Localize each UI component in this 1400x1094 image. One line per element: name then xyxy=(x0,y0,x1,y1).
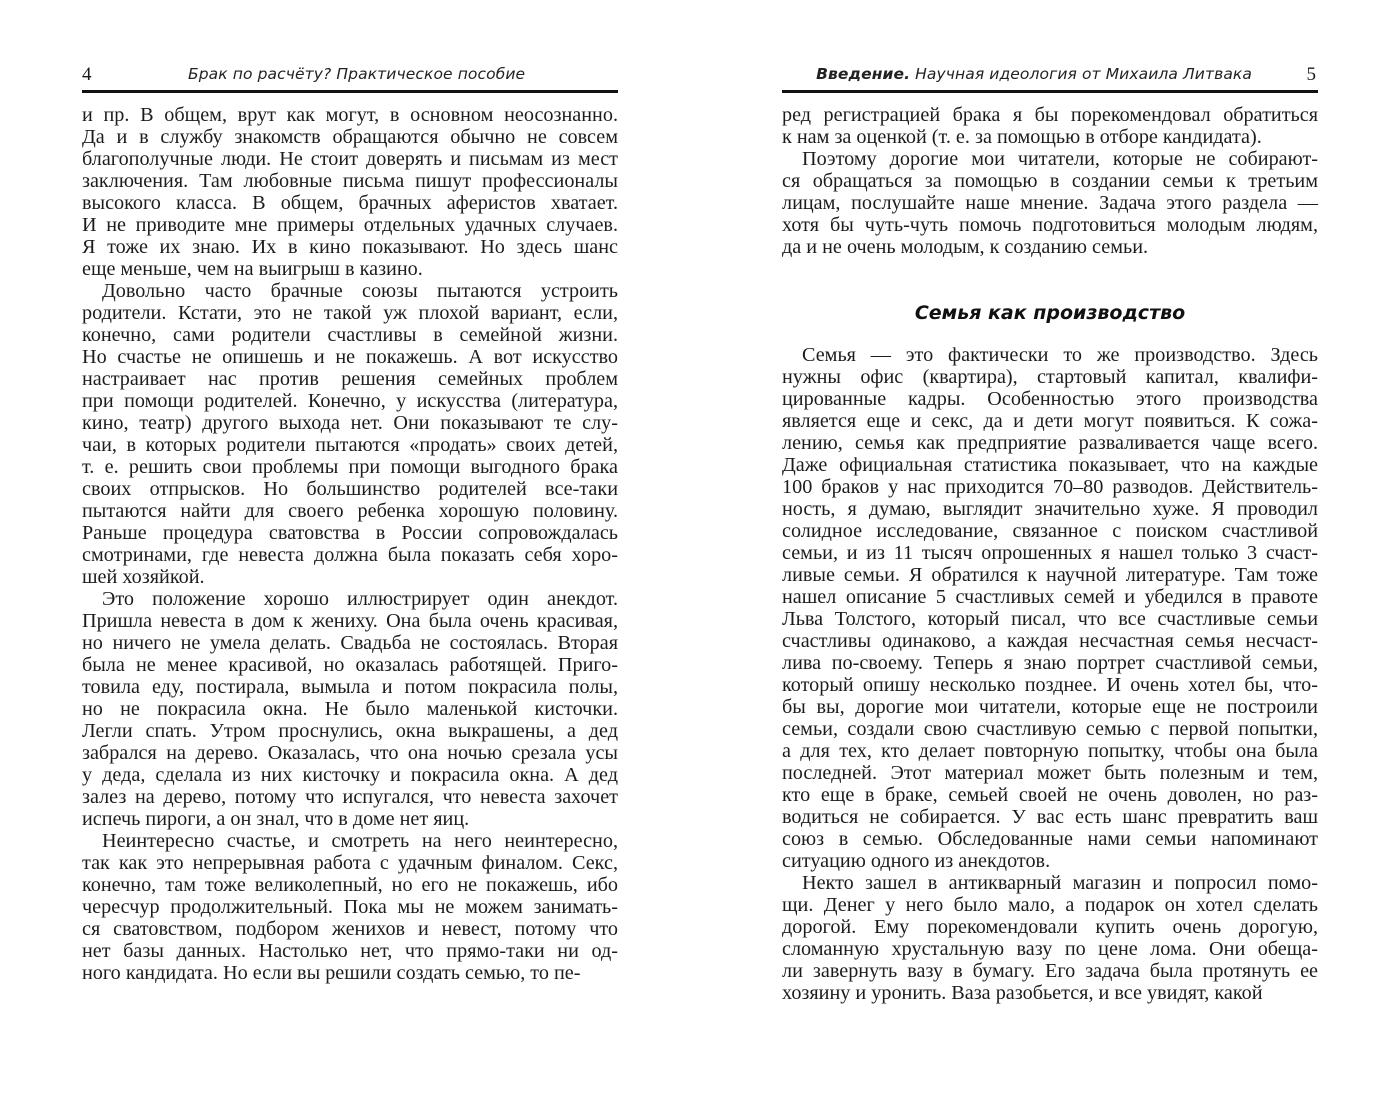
text-line: у деда, сделала из них кисточку и покрас… xyxy=(82,764,618,786)
text-line: Раньше процедура сватовства в России соп… xyxy=(82,522,618,544)
text-line: к нам за оценкой (т. е. за помощью в отб… xyxy=(782,126,1318,148)
text-line: последней. Этот материал может быть поле… xyxy=(782,762,1318,784)
text-line: является еще и секс, да и дети могут поя… xyxy=(782,410,1318,432)
running-title: Брак по расчёту? Практическое пособие xyxy=(188,65,525,83)
page-body: ред регистрацией брака я бы порекомендов… xyxy=(782,104,1318,1004)
text-line: счастливы одинаково, а каждая несчастная… xyxy=(782,630,1318,652)
section-spacer xyxy=(782,258,1318,300)
text-line: лицам, послушайте наше мнение. Задача эт… xyxy=(782,192,1318,214)
text-line: Даже официальная статистика показывает, … xyxy=(782,454,1318,476)
text-line: цированные кадры. Особенностью этого про… xyxy=(782,388,1318,410)
text-line: шей хозяйкой. xyxy=(82,566,618,588)
text-line: лива по-своему. Теперь я знаю портрет сч… xyxy=(782,652,1318,674)
text-line: благополучные люди. Не стоит доверять и … xyxy=(82,148,618,170)
running-title-chapter: Введение. xyxy=(816,65,910,83)
text-line: И не приводите мне примеры отдельных уда… xyxy=(82,214,618,236)
text-line: Легли спать. Утром проснулись, окна выкр… xyxy=(82,720,618,742)
paragraph-first-line: Некто зашел в антикварный магазин и попр… xyxy=(782,872,1318,894)
paragraph-first-line: Неинтересно счастье, и смотреть на него … xyxy=(82,830,618,852)
page-body: и пр. В общем, врут как могут, в основно… xyxy=(82,104,618,984)
paragraph-first-line: Это положение хорошо иллюстрирует один а… xyxy=(82,588,618,610)
text-line: нет базы данных. Настолько нет, что прям… xyxy=(82,940,618,962)
text-line: союз в семью. Обследованные нами семьи н… xyxy=(782,828,1318,850)
paragraph-first-line: Семья — это фактически то же производств… xyxy=(782,344,1318,366)
text-line: ность, я думаю, выглядит значительно хуж… xyxy=(782,498,1318,520)
paragraph-first-line: Довольно часто брачные союзы пытаются ус… xyxy=(82,280,618,302)
page-number: 5 xyxy=(1307,64,1317,86)
text-line: конечно, там тоже великолепный, но его н… xyxy=(82,874,618,896)
text-line: водиться не собирается. У вас есть шанс … xyxy=(782,806,1318,828)
text-line: еще меньше, чем на выигрыш в казино. xyxy=(82,258,618,280)
text-line: настраивает нас против решения семейных … xyxy=(82,368,618,390)
text-line: была не менее красивой, но оказалась раб… xyxy=(82,654,618,676)
text-line: пытаются найти для своего ребенка хорошу… xyxy=(82,500,618,522)
text-line: нужны офис (квартира), стартовый капитал… xyxy=(782,366,1318,388)
running-title: Введение. Научная идеология от Михаила Л… xyxy=(816,65,1252,83)
text-line: кино, театр) другого выхода нет. Они пок… xyxy=(82,412,618,434)
text-line: нашел описание 5 счастливых семей и убед… xyxy=(782,586,1318,608)
page-number: 4 xyxy=(82,64,92,86)
text-line: Я тоже их знаю. Их в кино показывают. Но… xyxy=(82,236,618,258)
running-head: 4 Брак по расчёту? Практическое пособие xyxy=(82,62,618,93)
text-line: семьи, создали свою счастливую семью с п… xyxy=(782,718,1318,740)
text-line: т. е. решить свои проблемы при помощи вы… xyxy=(82,456,618,478)
text-line: бы вы, дорогие мои читатели, которые еще… xyxy=(782,696,1318,718)
paragraph-first-line: ред регистрацией брака я бы порекомендов… xyxy=(782,104,1318,126)
text-line: который опишу несколько позднее. И очень… xyxy=(782,674,1318,696)
text-line: Но счастье не опишешь и не покажешь. А в… xyxy=(82,346,618,368)
text-line: солидное исследование, связанное с поиск… xyxy=(782,520,1318,542)
text-line: хозяину и уронить. Ваза разобьется, и вс… xyxy=(782,982,1318,1004)
text-line: чересчур продолжительный. Пока мы не мож… xyxy=(82,896,618,918)
text-line: залез на дерево, потому что испугался, ч… xyxy=(82,786,618,808)
text-line: высокого класса. В общем, брачных аферис… xyxy=(82,192,618,214)
text-line: но не покрасила окна. Не было маленькой … xyxy=(82,698,618,720)
text-line: хотя бы чуть-чуть помочь подготовиться м… xyxy=(782,214,1318,236)
text-line: ливые семьи. Я обратился к научной литер… xyxy=(782,564,1318,586)
text-line: товила еду, постирала, вымыла и потом по… xyxy=(82,676,618,698)
running-head: Введение. Научная идеология от Михаила Л… xyxy=(782,62,1318,93)
text-line: так как это непрерывная работа с удачным… xyxy=(82,852,618,874)
text-line: заключения. Там любовные письма пишут пр… xyxy=(82,170,618,192)
text-line: при помощи родителей. Конечно, у искусст… xyxy=(82,390,618,412)
text-line: ся сватовством, подбором женихов и невес… xyxy=(82,918,618,940)
text-line: ного кандидата. Но если вы решили создат… xyxy=(82,962,618,984)
text-line: щи. Денег у него было мало, а подарок он… xyxy=(782,894,1318,916)
text-line: испечь пироги, а он знал, что в доме нет… xyxy=(82,808,618,830)
text-line: сломанную хрустальную вазу по цене лома.… xyxy=(782,938,1318,960)
text-line: ситуацию одного из анекдотов. xyxy=(782,850,1318,872)
section-heading: Семья как производство xyxy=(782,300,1318,344)
text-line: Да и в службу знакомств обращаются обычн… xyxy=(82,126,618,148)
text-line: Пришла невеста в дом к жениху. Она была … xyxy=(82,610,618,632)
text-line: лению, семья как предприятие разваливает… xyxy=(782,432,1318,454)
text-line: родители. Кстати, это не такой уж плохой… xyxy=(82,302,618,324)
text-line: смотринами, где невеста должна была пока… xyxy=(82,544,618,566)
text-line: 100 браков у нас приходится 70–80 развод… xyxy=(782,476,1318,498)
paragraph-first-line: Поэтому дорогие мои читатели, которые не… xyxy=(782,148,1318,170)
text-line: кто еще в браке, семьей своей не очень д… xyxy=(782,784,1318,806)
text-line: Льва Толстого, который писал, что все сч… xyxy=(782,608,1318,630)
text-line: но ничего не умела делать. Свадьба не со… xyxy=(82,632,618,654)
text-line: чаи, в которых родители пытаются «продат… xyxy=(82,434,618,456)
text-line: а для тех, кто делает повторную попытку,… xyxy=(782,740,1318,762)
running-title-subtitle: Научная идеология от Михаила Литвака xyxy=(910,65,1252,83)
text-line: забрался на дерево. Оказалась, что она н… xyxy=(82,742,618,764)
text-line: дорогой. Ему порекомендовали купить очен… xyxy=(782,916,1318,938)
text-line: своих отпрысков. Но большинство родителе… xyxy=(82,478,618,500)
text-line: семьи, и из 11 тысяч опрошенных я нашел … xyxy=(782,542,1318,564)
text-line: ли завернуть вазу в бумагу. Его задача б… xyxy=(782,960,1318,982)
text-line: конечно, сами родители счастливы в семей… xyxy=(82,324,618,346)
text-line: да и не очень молодым, к созданию семьи. xyxy=(782,236,1318,258)
paragraph-first-line: и пр. В общем, врут как могут, в основно… xyxy=(82,104,618,126)
text-line: ся обращаться за помощью в создании семь… xyxy=(782,170,1318,192)
